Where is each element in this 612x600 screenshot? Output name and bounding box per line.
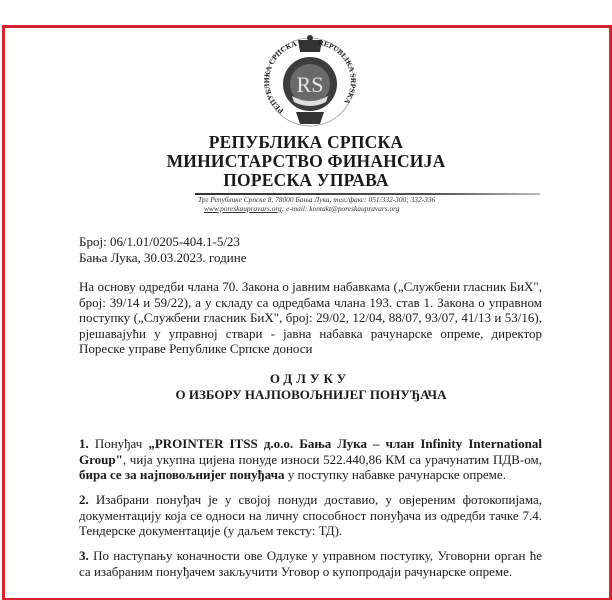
email-label: e-mail: [286, 204, 307, 213]
letterhead-republic: РЕПУБЛИКА СРПСКА [0, 133, 612, 152]
paragraph-number: 2. [79, 492, 89, 507]
decision-title: ОДЛУКУ О ИЗБОРУ НАЈПОВОЉНИЈЕГ ПОНУЂАЧА [0, 371, 612, 403]
document-reference: Број: 06/1.01/0205-404.1-5/23 Бања Лука,… [79, 234, 246, 265]
decision-title-main: ОДЛУКУ [8, 371, 612, 387]
paragraph-number: 1. [79, 436, 89, 451]
email-link[interactable]: kontakt@poreskaupravars.org [309, 204, 399, 213]
decision-paragraph-3: 3. По наступању коначности ове Одлуке у … [79, 548, 542, 579]
website-link[interactable]: www.poreskaupravars.org [204, 204, 282, 213]
reference-number: Број: 06/1.01/0205-404.1-5/23 [79, 234, 246, 250]
decision-paragraph-2: 2. Изабрани понуђач је у својој понуди д… [79, 492, 542, 539]
selection-statement: бира се за најповољнијег понуђача [79, 467, 284, 482]
intro-paragraph: На основу одредби члана 70. Закона о јав… [79, 279, 542, 357]
letterhead-ministry: МИНИСТАРСТВО ФИНАНСИЈА [0, 152, 612, 171]
address-line: Трг Републике Српске 8, 78000 Бања Лука,… [198, 195, 458, 204]
coat-of-arms-seal-icon: RS РЕПУБЛИКА СРПСКА REPUBLIKA SRPSKA [262, 32, 358, 128]
decision-title-sub: О ИЗБОРУ НАЈПОВОЉНИЈЕГ ПОНУЂАЧА [10, 387, 612, 403]
letterhead-tax-administration: ПОРЕСКА УПРАВА [0, 171, 612, 190]
letterhead: РЕПУБЛИКА СРПСКА МИНИСТАРСТВО ФИНАНСИЈА … [0, 133, 612, 190]
svg-text:RS: RS [297, 72, 324, 97]
place-date: Бања Лука, 30.03.2023. године [79, 250, 246, 266]
decision-paragraph-1: 1. Понуђач „PROINTER ITSS д.о.о. Бања Лу… [79, 436, 542, 483]
contact-info: Трг Републике Српске 8, 78000 Бања Лука,… [198, 195, 458, 213]
paragraph-number: 3. [79, 548, 89, 563]
